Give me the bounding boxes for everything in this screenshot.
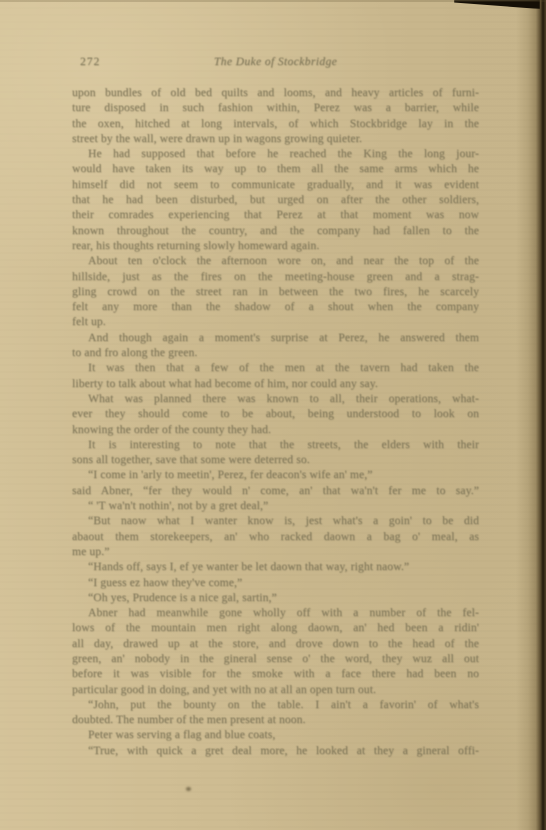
text-line: hillside, just as the fires on the meeti…	[72, 270, 479, 285]
text-line: me up.”	[72, 545, 479, 560]
text-line: felt up.	[72, 315, 479, 330]
text-line: himself did not seem to communicate grad…	[72, 178, 479, 193]
text-line: upon bundles of old bed quilts and looms…	[72, 86, 479, 101]
text-line: Abner had meanwhile gone wholly off with…	[72, 606, 479, 621]
book-page: 272 The Duke of Stockbridge upon bundles…	[0, 0, 546, 830]
text-line: sons all together, save that some were d…	[72, 453, 479, 468]
text-line: rear, his thoughts returning slowly home…	[72, 239, 479, 254]
text-line: that he had been disturbed, but urged on…	[72, 193, 479, 208]
text-line: said Abner, “fer they would n' come, an'…	[72, 484, 479, 499]
text-line: What was planned there was known to all,…	[72, 392, 479, 407]
text-line: their comrades experiencing that Perez a…	[72, 208, 479, 223]
text-line: “ 'T wa'n't nothin', not by a gret deal,…	[72, 499, 479, 514]
text-line: known throughout the country, and the co…	[72, 224, 479, 239]
text-line: ever they should come to be about, being…	[72, 407, 479, 422]
text-line: And though again a moment's surprise at …	[72, 331, 479, 346]
text-line: “True, with quick a gret deal more, he l…	[72, 744, 479, 759]
text-line: would have taken its way up to them all …	[72, 162, 479, 177]
text-line: “John, put the bounty on the table. I ai…	[72, 698, 479, 713]
text-line: “I come in 'arly to meetin', Perez, fer …	[72, 468, 479, 483]
text-line: knowing the order of the county they had…	[72, 423, 479, 438]
text-line: “Oh yes, Prudence is a nice gal, sartin,…	[72, 591, 479, 606]
text-line: It is interesting to note that the stree…	[72, 438, 479, 453]
text-line: ture disposed in such fashion within, Pe…	[72, 101, 479, 116]
text-line: He had supposed that before he reached t…	[72, 147, 479, 162]
text-line: the oxen, hitched at long intervals, of …	[72, 117, 479, 132]
text-line: street by the wall, were drawn up in wag…	[72, 132, 479, 147]
text-line: “Hands off, says I, ef ye wanter be let …	[72, 560, 479, 575]
page-edge-shadow	[516, 0, 546, 830]
printed-content: 272 The Duke of Stockbridge upon bundles…	[0, 0, 546, 830]
text-block: upon bundles of old bed quilts and looms…	[72, 86, 479, 759]
text-line: before it was visible for the smoke with…	[72, 667, 479, 682]
text-line: “But naow what I wanter know is, jest wh…	[72, 514, 479, 529]
text-line: green, an' nobody in the gineral sense o…	[72, 652, 479, 667]
text-line: all day, drawed up at the store, and dro…	[72, 637, 479, 652]
text-line: abaout them storekeepers, an' who racked…	[72, 530, 479, 545]
text-line: gling crowd on the street ran in between…	[72, 285, 479, 300]
page-number: 272	[80, 54, 100, 70]
text-line: “I guess ez haow they've come,”	[72, 576, 479, 591]
text-line: particular good in doing, and yet with n…	[72, 683, 479, 698]
text-line: About ten o'clock the afternoon wore on,…	[72, 254, 479, 269]
text-line: to and fro along the green.	[72, 346, 479, 361]
running-header: 272 The Duke of Stockbridge	[72, 54, 479, 70]
text-line: It was then that a few of the men at the…	[72, 361, 479, 376]
text-line: Peter was serving a flag and blue coats,	[72, 728, 479, 743]
text-line: felt any more than the shadow of a shout…	[72, 300, 479, 315]
text-line: liberty to talk about what had become of…	[72, 377, 479, 392]
text-line: doubted. The number of the men present a…	[72, 713, 479, 728]
scan-top-edge	[0, 0, 546, 2]
text-line: lows of the mountain men right along dao…	[72, 621, 479, 636]
running-title: The Duke of Stockbridge	[72, 54, 479, 70]
ink-speck	[186, 787, 191, 791]
